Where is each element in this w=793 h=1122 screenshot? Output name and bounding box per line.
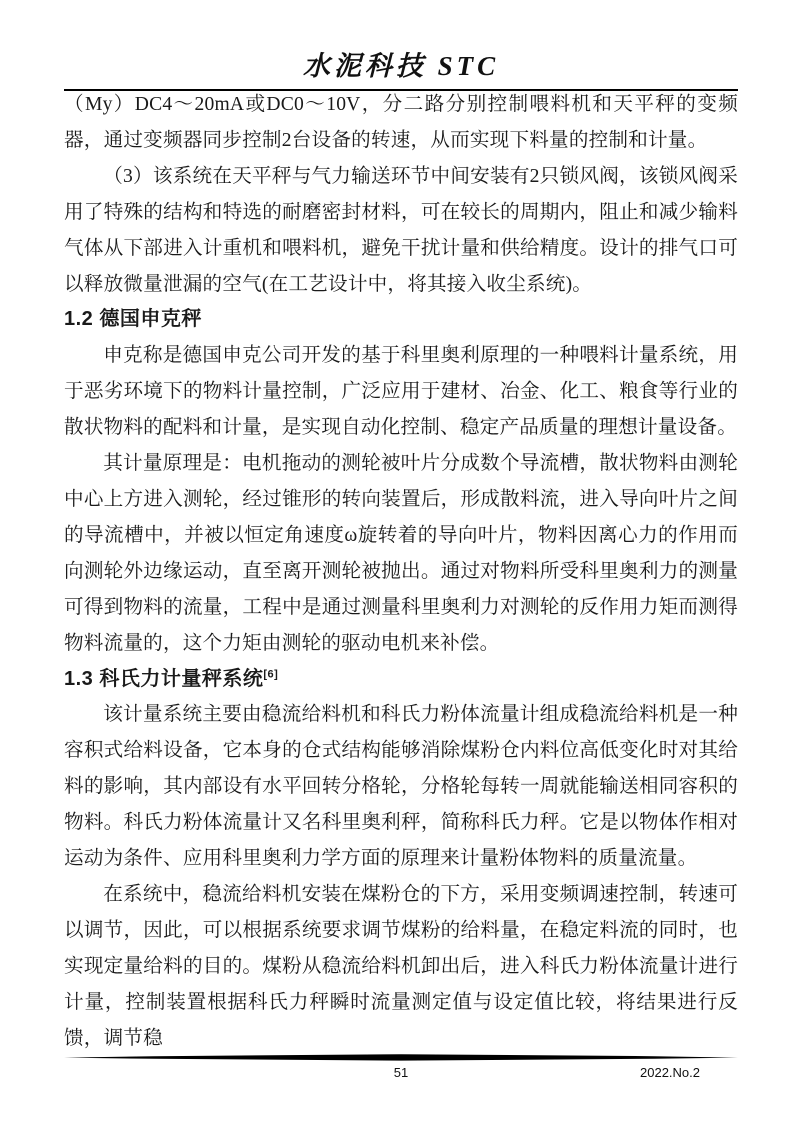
body-paragraph: （My）DC4～20mA或DC0～10V，分二路分别控制喂料机和天平秤的变频器，… [64,87,738,159]
article-body: （My）DC4～20mA或DC0～10V，分二路分别控制喂料机和天平秤的变频器，… [64,87,738,1056]
issue-label: 2022.No.2 [640,1065,700,1080]
body-paragraph: 在系统中，稳流给料机安装在煤粉仓的下方，采用变频调速控制，转速可以调节，因此，可… [64,877,738,1057]
page-footer: 51 2022.No.2 [64,1053,738,1083]
body-paragraph: （3）该系统在天平秤与气力输送环节中间安装有2只锁风阀，该锁风阀采用了特殊的结构… [64,159,738,303]
body-paragraph: 申克称是德国申克公司开发的基于科里奥利原理的一种喂料计量系统，用于恶劣环境下的物… [64,338,738,446]
section-heading: 1.3 科氏力计量秤系统[6] [64,662,738,698]
page-number: 51 [64,1065,738,1080]
section-heading: 1.2 德国申克秤 [64,302,738,338]
citation-superscript: [6] [263,668,278,680]
footer-rule [64,1053,738,1062]
journal-header: 水泥科技 STC [64,0,738,91]
footer-row: 51 2022.No.2 [64,1065,738,1083]
body-paragraph: 其计量原理是：电机拖动的测轮被叶片分成数个导流槽，散状物料由测轮中心上方进入测轮… [64,446,738,661]
document-page: 水泥科技 STC （My）DC4～20mA或DC0～10V，分二路分别控制喂料机… [0,0,793,1122]
body-paragraph: 该计量系统主要由稳流给料机和科氏力粉体流量计组成稳流给料机是一种容积式给料设备，… [64,697,738,877]
journal-title: 水泥科技 STC [64,0,738,83]
